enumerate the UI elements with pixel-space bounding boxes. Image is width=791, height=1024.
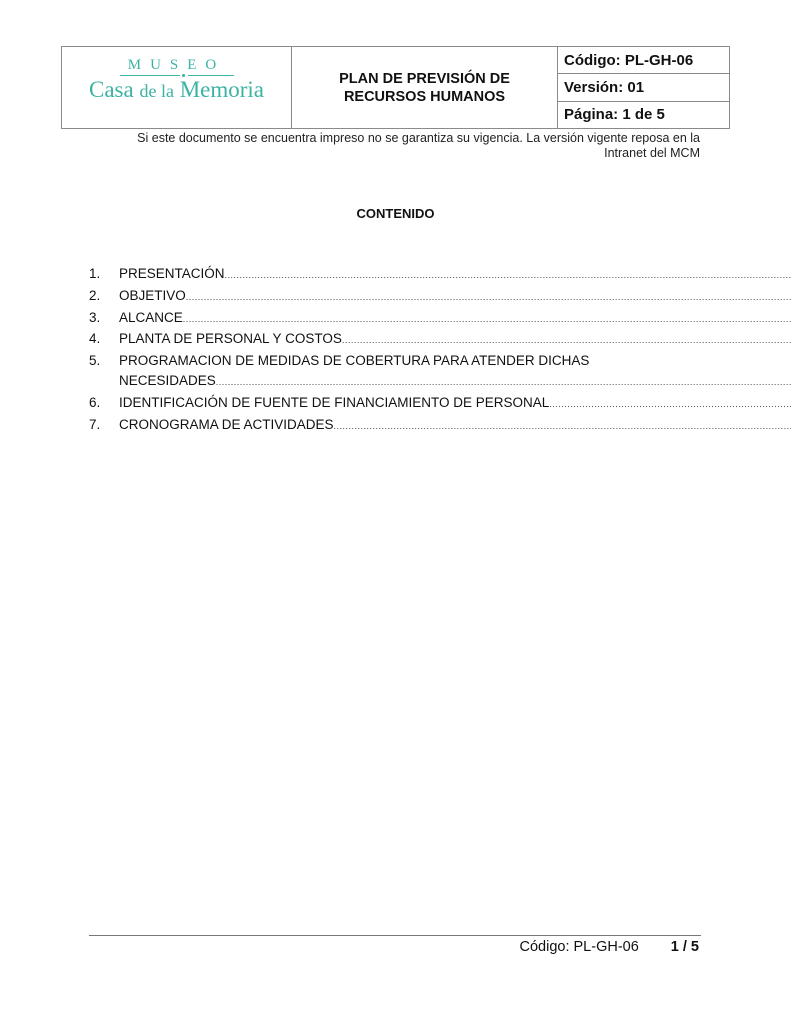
toc-label[interactable]: PROGRAMACION DE MEDIDAS DE COBERTURA PAR… <box>119 351 589 371</box>
logo-rule-left <box>120 75 180 76</box>
document-code: Código: PL-GH-06 <box>558 47 729 74</box>
toc-number: 3. <box>89 308 119 330</box>
toc-label[interactable]: PRESENTACIÓN <box>119 264 225 284</box>
toc-item[interactable]: 4. PLANTA DE PERSONAL Y COSTOS 3 <box>89 329 661 351</box>
logo-main-text: Casa de la Memoria <box>62 77 291 103</box>
footer-document-code: Código: PL-GH-06 <box>520 939 639 955</box>
logo-word-memoria: Memoria <box>180 77 264 102</box>
document-title-cell: PLAN DE PREVISIÓN DE RECURSOS HUMANOS <box>292 47 558 128</box>
document-page-info: Página: 1 de 5 <box>558 102 729 128</box>
toc-label[interactable]: OBJETIVO <box>119 286 186 306</box>
toc-leader <box>186 288 791 308</box>
logo-word-de-la: de la <box>139 81 173 101</box>
table-of-contents: 1. PRESENTACIÓN 2 2. OBJETIVO 3 3. ALCAN… <box>89 264 661 436</box>
toc-number: 5. <box>89 351 119 393</box>
validity-notice-line1: Si este documento se encuentra impreso n… <box>110 131 700 146</box>
toc-number: 2. <box>89 286 119 308</box>
toc-item[interactable]: 6. IDENTIFICACIÓN DE FUENTE DE FINANCIAM… <box>89 393 661 415</box>
toc-label[interactable]: CRONOGRAMA DE ACTIVIDADES <box>119 415 334 435</box>
toc-item[interactable]: 1. PRESENTACIÓN 2 <box>89 264 661 286</box>
toc-leader <box>183 310 791 330</box>
document-version: Versión: 01 <box>558 74 729 101</box>
page-footer: Código: PL-GH-06 1 / 5 <box>520 939 700 955</box>
toc-label[interactable]: IDENTIFICACIÓN DE FUENTE DE FINANCIAMIEN… <box>119 393 549 413</box>
contents-heading: CONTENIDO <box>0 206 791 221</box>
toc-number: 7. <box>89 415 119 437</box>
toc-item[interactable]: 3. ALCANCE 3 <box>89 308 661 330</box>
toc-item[interactable]: 2. OBJETIVO 3 <box>89 286 661 308</box>
toc-leader <box>216 373 791 393</box>
toc-label[interactable]: PLANTA DE PERSONAL Y COSTOS <box>119 329 342 349</box>
toc-number: 1. <box>89 264 119 286</box>
logo-museo-text: MUSEO <box>62 57 291 74</box>
validity-notice-line2: Intranet del MCM <box>110 146 700 161</box>
toc-label[interactable]: ALCANCE <box>119 308 183 328</box>
toc-leader <box>334 417 791 437</box>
footer-divider <box>89 935 701 936</box>
logo-word-casa: Casa <box>89 77 134 102</box>
validity-notice: Si este documento se encuentra impreso n… <box>110 131 700 161</box>
document-title-line2: RECURSOS HUMANOS <box>339 88 510 106</box>
toc-leader <box>225 266 791 286</box>
logo-rule-right <box>188 75 234 76</box>
toc-leader <box>342 331 791 351</box>
document-header-table: MUSEO Casa de la Memoria PLAN DE PREVISI… <box>61 46 730 129</box>
toc-number: 6. <box>89 393 119 415</box>
footer-page-number: 1 / 5 <box>671 939 699 955</box>
toc-item[interactable]: 5. PROGRAMACION DE MEDIDAS DE COBERTURA … <box>89 351 661 393</box>
toc-item[interactable]: 7. CRONOGRAMA DE ACTIVIDADES 4 <box>89 415 661 437</box>
document-title: PLAN DE PREVISIÓN DE RECURSOS HUMANOS <box>339 70 510 106</box>
museum-logo: MUSEO Casa de la Memoria <box>62 47 292 128</box>
toc-leader <box>549 395 791 415</box>
document-title-line1: PLAN DE PREVISIÓN DE <box>339 70 510 88</box>
toc-label-continued[interactable]: NECESIDADES <box>119 371 216 391</box>
document-meta: Código: PL-GH-06 Versión: 01 Página: 1 d… <box>558 47 729 128</box>
toc-number: 4. <box>89 329 119 351</box>
